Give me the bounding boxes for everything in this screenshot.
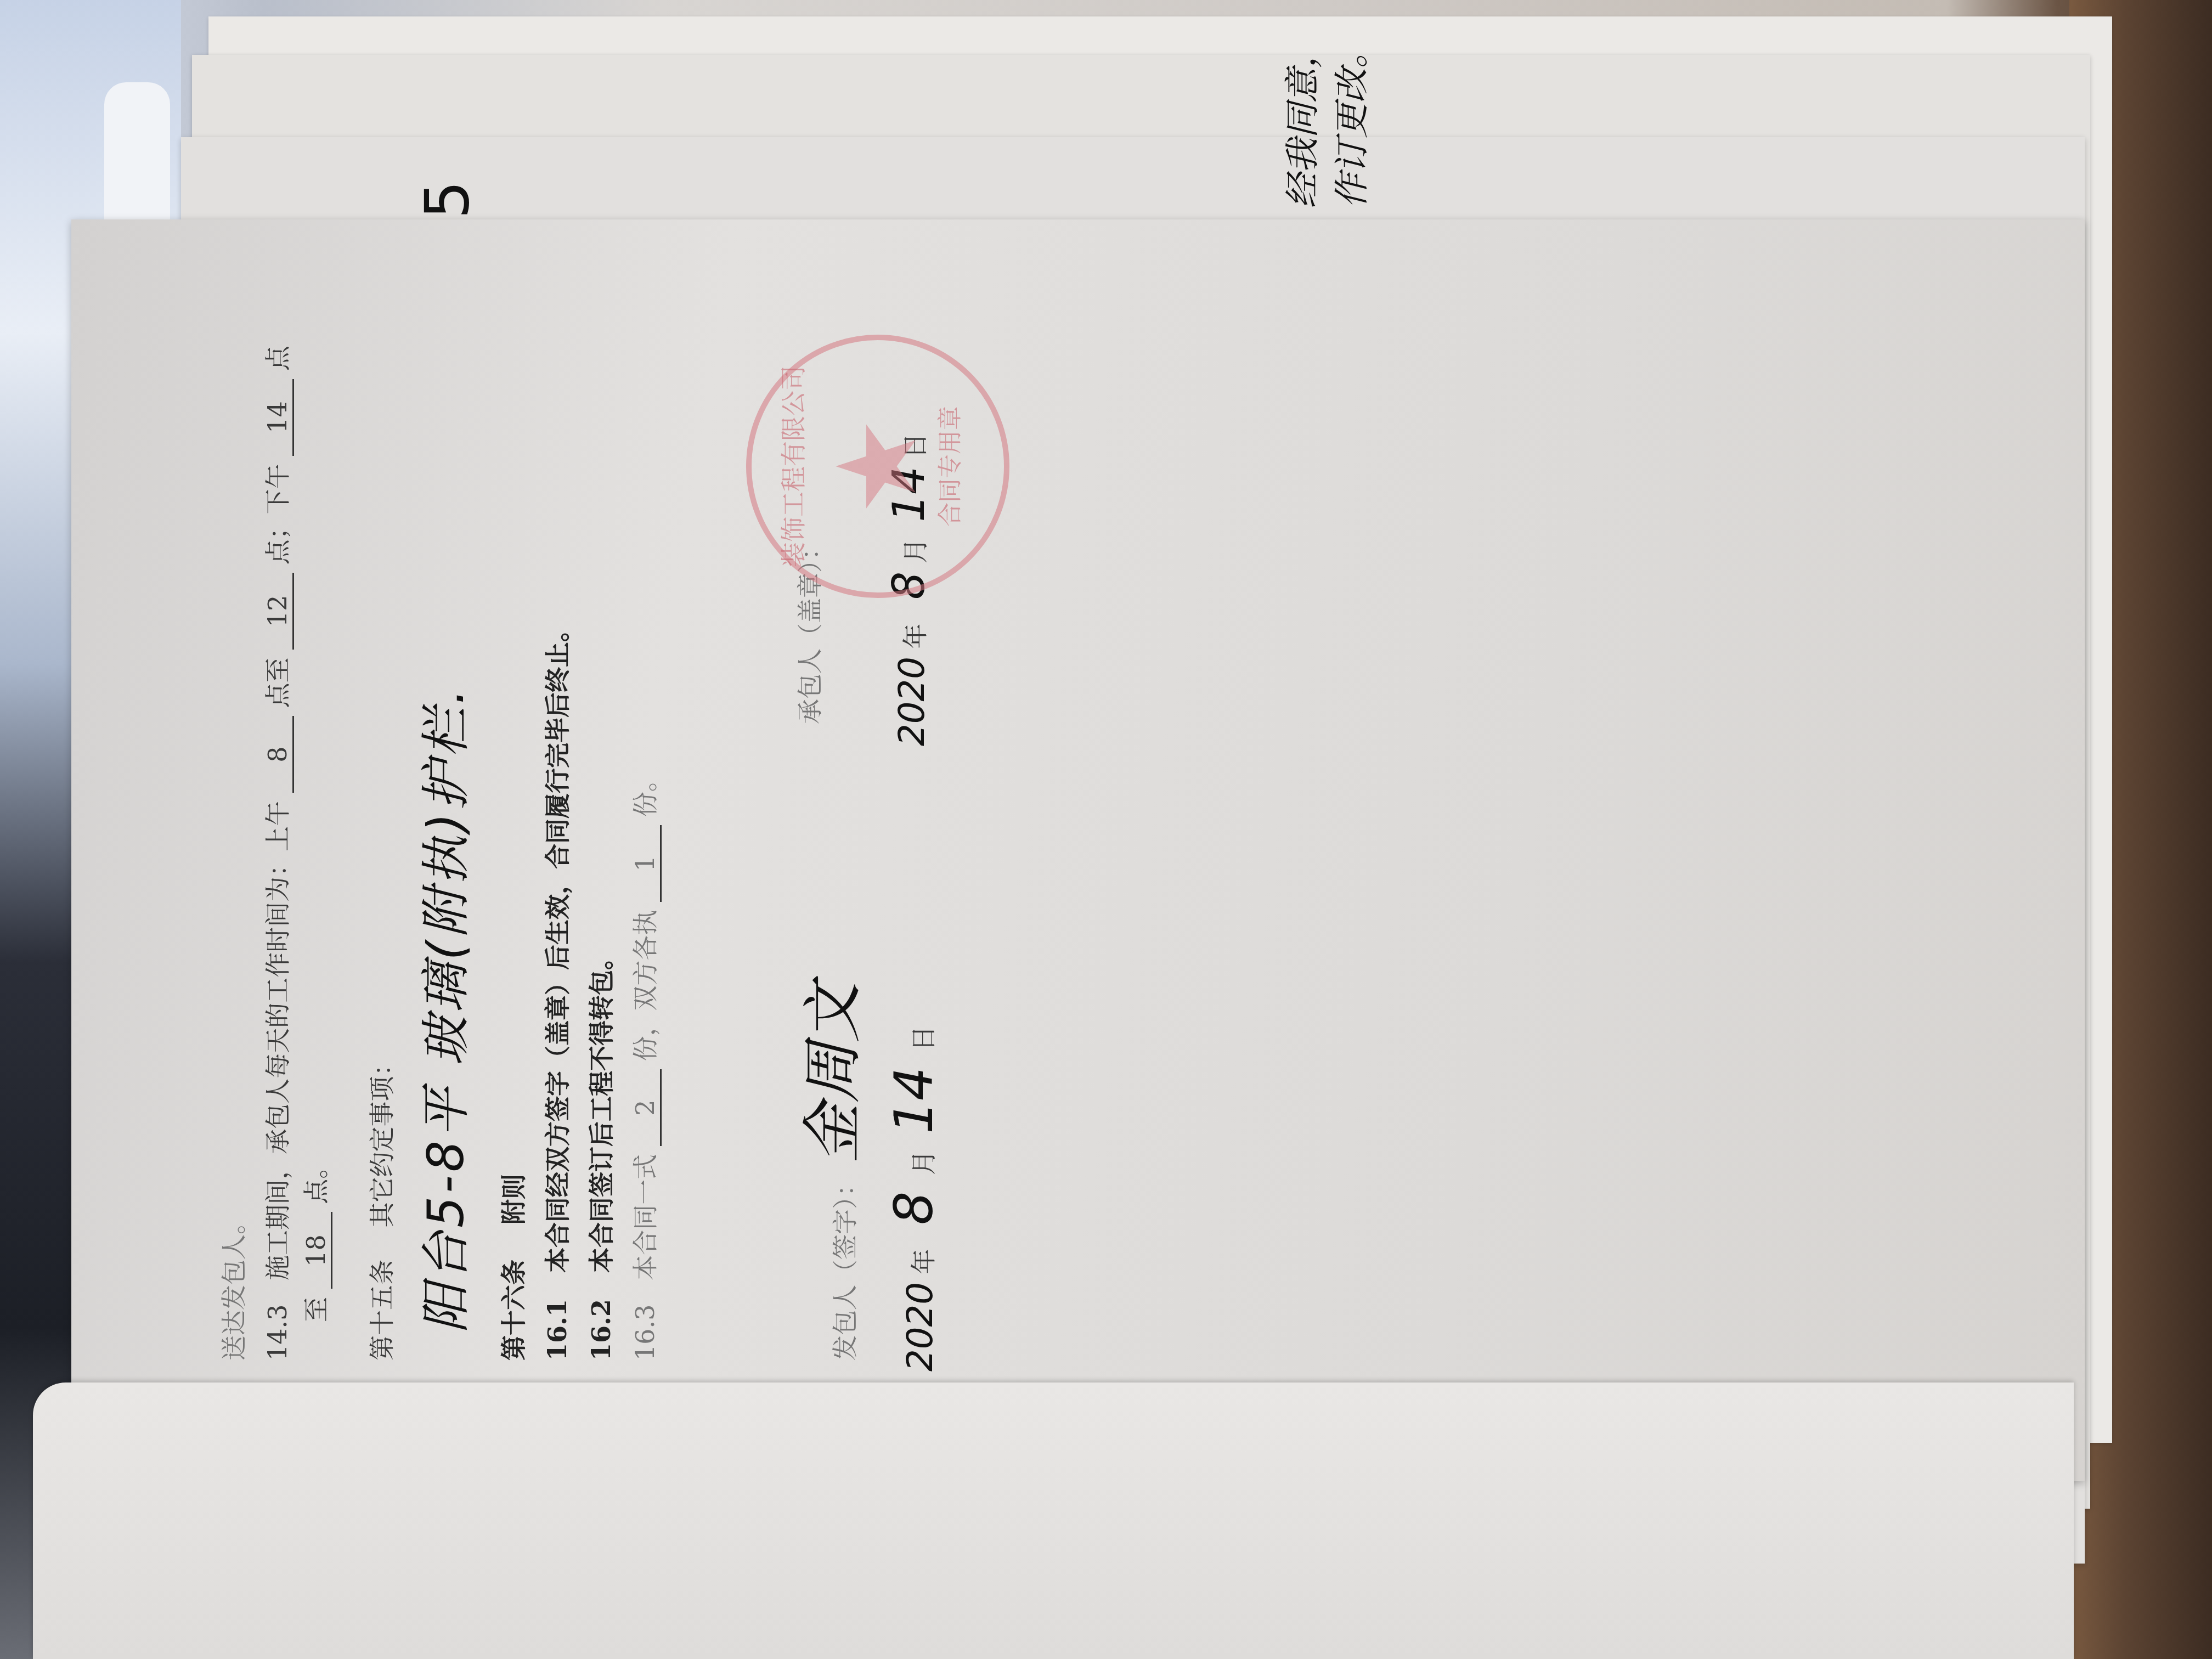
clause-14-3-line1: 14.3 施工期间，承包人每天的工作时间为：上午 8 点至 12 点；下午 14… [258,346,294,1361]
clause-number: 14.3 [263,1305,292,1361]
company-seal: 装饰工程有限公司 ★ 合同专用章 [746,335,1009,598]
intro-line: 送达发包人。 [214,1209,250,1361]
copies-total-field: 2 [630,1069,662,1146]
clause-16-3: 16.3 本合同一式 2 份，双方各执 1 份。 [625,766,662,1361]
contract-content: 送达发包人。 14.3 施工期间，承包人每天的工作时间为：上午 8 点至 12 … [208,143,1690,1404]
pm-start-field: 14 [263,379,294,456]
employer-signature-block: 发包人（签字）： 金周文 [785,982,871,1361]
clause-16-1: 16.1 本合同经双方签字（盖章）后生效，合同履行完毕后终止。 [538,617,574,1361]
facing-page [33,1383,2074,1659]
employer-date: 2020 年 8 月 14 日 [883,1026,945,1372]
seal-ring-text: 装饰工程有限公司 [774,340,810,592]
clause-14-3-line2: 至 18 点。 [296,1154,332,1322]
clause-16-2: 16.2 本合同签订后工程不得转包。 [582,945,618,1361]
seal-star-icon: ★ [823,417,933,515]
employer-signature: 金周文 [798,982,868,1163]
clause-15-heading: 第十五条 其它约定事项： [362,1051,398,1361]
pm-end-field: 18 [301,1212,332,1289]
copies-each-field: 1 [630,825,662,902]
employer-label: 发包人（签字）： [830,1171,860,1361]
seal-bottom-text: 合同专用章 [930,340,966,592]
am-start-field: 8 [263,716,294,793]
clause-15-handwritten-note: 阳台5-8平 玻璃(附执)护栏. [406,686,477,1333]
am-end-field: 12 [263,573,294,650]
clause-16-heading: 第十六条 附则 [494,1174,530,1361]
